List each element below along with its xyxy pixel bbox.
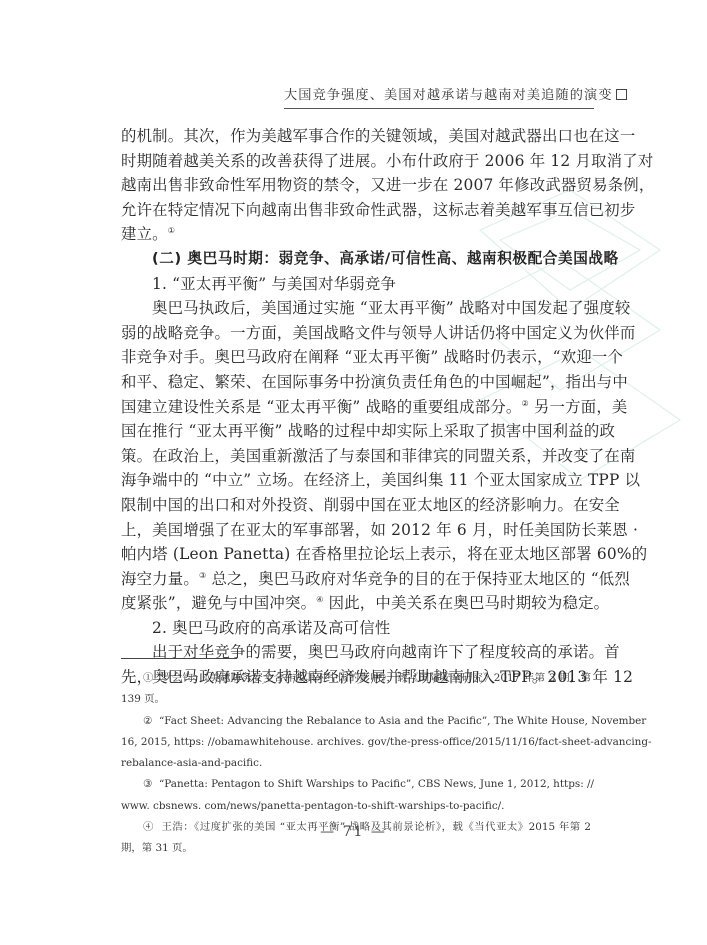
footnote-ref[interactable]: ④: [316, 595, 323, 604]
footnote-ref[interactable]: ①: [168, 226, 175, 235]
text-line: 国建立建设性关系是 “亚太再平衡” 战略的重要组成部分。② 另一方面，美: [121, 395, 591, 420]
text-line: 建立。①: [121, 222, 591, 247]
body-text: 的机制。其次，作为美越军事合作的关键领域，美国对越武器出口也在这一 时期随着越美…: [121, 124, 591, 690]
text-line: 海争端中的 “中立” 立场。在经济上，美国纠集 11 个亚太国家成立 TPP 以: [121, 468, 591, 493]
text-line: 越南出售非致命性军用物资的禁令，又进一步在 2007 年修改武器贸易条例，: [121, 173, 591, 198]
text-line: 允许在特定情况下向越南出售非致命性武器，这标志着美越军事互信已初步: [121, 198, 591, 223]
text-line: 度紧张”，避免与中国冲突。④ 因此，中美关系在奥巴马时期较为稳定。: [121, 591, 591, 616]
footnote-4-cont: 期，第 31 页。: [121, 838, 591, 859]
running-head-title: 大国竞争强度、美国对越承诺与越南对美追随的演变: [284, 88, 613, 103]
footnote-3-cont[interactable]: www. cbsnews. com/news/panetta-pentagon-…: [121, 796, 591, 817]
footnote-ref[interactable]: ③: [199, 571, 206, 580]
subheading: 2. 奥巴马政府的高承诺及高可信性: [121, 616, 591, 641]
text-line: 限制中国的出口和对外投资、削弱中国在亚太地区的经济影响力。在安全: [121, 493, 591, 518]
text-line: 奥巴马执政后，美国通过实施 “亚太再平衡” 战略对中国发起了强度较: [121, 296, 591, 321]
subheading: 1. “亚太再平衡” 与美国对华弱竞争: [121, 272, 591, 297]
text-line: 国在推行 “亚太再平衡” 战略的过程中却实际上采取了损害中国利益的政: [121, 419, 591, 444]
text-line: 非竞争对手。奥巴马政府在阐释 “亚太再平衡” 战略时仍表示，“欢迎一个: [121, 345, 591, 370]
footnote-2: ② “Fact Sheet: Advancing the Rebalance t…: [121, 711, 591, 732]
text-line: 帕内塔 (Leon Panetta) 在香格里拉论坛上表示，将在亚太地区部署 6…: [121, 542, 591, 567]
footnote-divider: [121, 658, 237, 659]
footnote-ref[interactable]: ②: [522, 399, 529, 408]
section-heading: (二) 奥巴马时期：弱竞争、高承诺/可信性高、越南积极配合美国战略: [121, 247, 591, 272]
text-line: 时期随着越美关系的改善获得了进展。小布什政府于 2006 年 12 月取消了对: [121, 149, 591, 174]
text-line: 弱的战略竞争。一方面，美国战略文件与领导人讲话仍将中国定义为伙伴而: [121, 321, 591, 346]
text-line: 上，美国增强了在亚太的军事部署，如 2012 年 6 月，时任美国防长莱恩 ·: [121, 518, 591, 543]
page-number: — 71 —: [0, 824, 707, 840]
footnote-1: ① 罗会钧：《美越防务安全合作及其对中国的影响》，载《国际安全研究》2017 年…: [121, 668, 591, 689]
footnote-1-cont: 139 页。: [121, 689, 591, 710]
text-line: 海空力量。③ 总之，奥巴马政府对华竞争的目的在于保持亚太地区的 “低烈: [121, 567, 591, 592]
text-line: 出于对华竞争的需要，奥巴马政府向越南许下了程度较高的承诺。首: [121, 640, 591, 665]
square-icon: [616, 89, 627, 100]
footnote-2-cont[interactable]: 16, 2015, https: //obamawhitehouse. arch…: [121, 732, 591, 753]
text-line: 和平、稳定、繁荣、在国际事务中扮演负责任角色的中国崛起”，指出与中: [121, 370, 591, 395]
footnote-3: ③ “Panetta: Pentagon to Shift Warships t…: [121, 774, 591, 795]
text-line: 策。在政治上，美国重新激活了与泰国和菲律宾的同盟关系，并改变了在南: [121, 444, 591, 469]
text-line: 的机制。其次，作为美越军事合作的关键领域，美国对越武器出口也在这一: [121, 124, 591, 149]
footnote-2-cont[interactable]: rebalance-asia-and-pacific.: [121, 753, 591, 774]
running-head: 大国竞争强度、美国对越承诺与越南对美追随的演变: [284, 86, 594, 109]
